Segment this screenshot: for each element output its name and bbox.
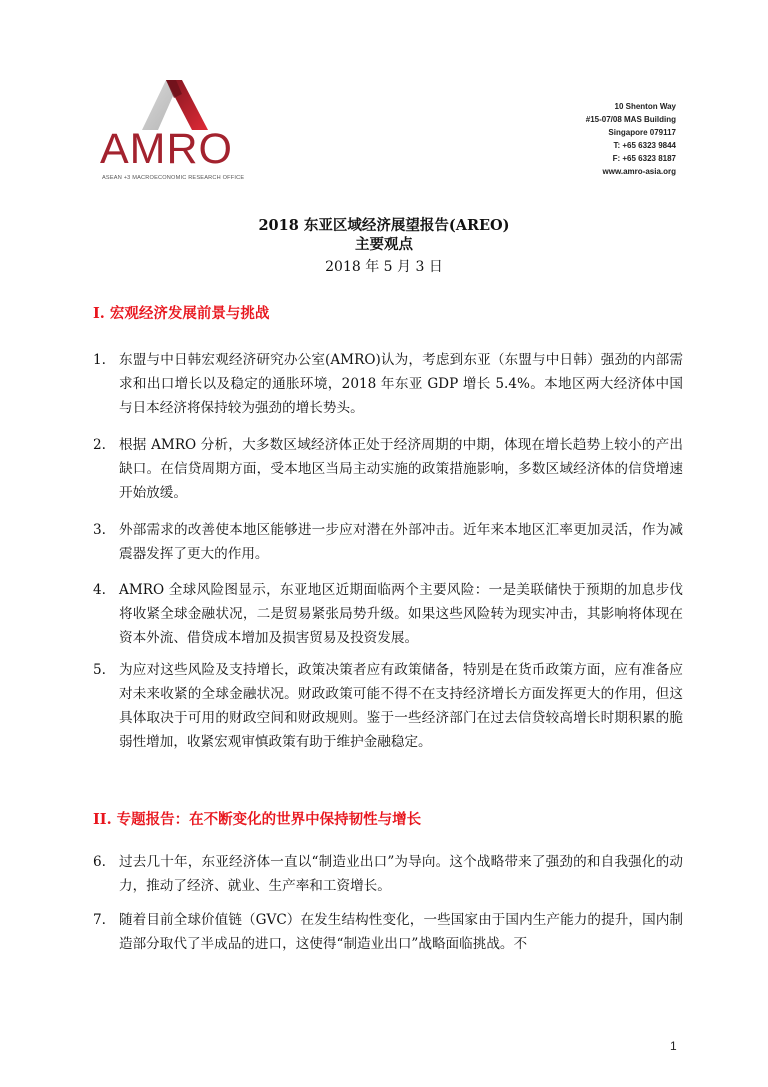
document-title: 2018 东亚区域经济展望报告(AREO): [0, 216, 768, 235]
item-text: 东盟与中日韩宏观经济研究办公室(AMRO)认为，考虑到东亚（东盟与中日韩）强劲的…: [119, 348, 683, 420]
list-item: 5. 为应对这些风险及支持增长，政策决策者应有政策储备，特别是在货币政策方面，应…: [93, 658, 683, 754]
item-number: 5.: [93, 658, 119, 682]
list-item: 6. 过去几十年，东亚经济体一直以“制造业出口”为导向。这个战略带来了强劲的和自…: [93, 850, 683, 898]
fax-number: F: +65 6323 8187: [586, 152, 676, 165]
item-number: 7.: [93, 908, 119, 932]
list-item: 3. 外部需求的改善使本地区能够进一步应对潜在外部冲击。近年来本地区汇率更加灵活…: [93, 518, 683, 566]
list-item: 4. AMRO 全球风险图显示，东亚地区近期面临两个主要风险：一是美联储快于预期…: [93, 578, 683, 650]
item-number: 1.: [93, 348, 119, 372]
item-text: 随着目前全球价值链（GVC）在发生结构性变化，一些国家由于国内生产能力的提升，国…: [119, 908, 683, 956]
document-date: 2018 年 5 月 3 日: [0, 256, 768, 278]
address-line-1: 10 Shenton Way: [586, 100, 676, 113]
amro-logo-mark-icon: [132, 78, 222, 132]
amro-wordmark: AMRO: [100, 128, 233, 171]
item-text: 为应对这些风险及支持增长，政策决策者应有政策储备，特别是在货币政策方面，应有准备…: [119, 658, 683, 754]
address-block: 10 Shenton Way #15-07/08 MAS Building Si…: [586, 100, 676, 178]
document-page: AMRO ASEAN +3 MACROECONOMIC RESEARCH OFF…: [0, 0, 768, 1087]
list-item: 1. 东盟与中日韩宏观经济研究办公室(AMRO)认为，考虑到东亚（东盟与中日韩）…: [93, 348, 683, 420]
address-line-3: Singapore 079117: [586, 126, 676, 139]
list-item: 2. 根据 AMRO 分析，大多数区域经济体正处于经济周期的中期，体现在增长趋势…: [93, 433, 683, 505]
amro-logo: AMRO ASEAN +3 MACROECONOMIC RESEARCH OFF…: [100, 78, 250, 178]
item-text: AMRO 全球风险图显示，东亚地区近期面临两个主要风险：一是美联储快于预期的加息…: [119, 578, 683, 650]
item-number: 4.: [93, 578, 119, 602]
page-number: 1: [670, 1039, 677, 1053]
item-number: 2.: [93, 433, 119, 457]
item-text: 过去几十年，东亚经济体一直以“制造业出口”为导向。这个战略带来了强劲的和自我强化…: [119, 850, 683, 898]
item-text: 外部需求的改善使本地区能够进一步应对潜在外部冲击。近年来本地区汇率更加灵活，作为…: [119, 518, 683, 566]
amro-tagline: ASEAN +3 MACROECONOMIC RESEARCH OFFICE: [102, 175, 244, 181]
title-block: 2018 东亚区域经济展望报告(AREO) 主要观点 2018 年 5 月 3 …: [0, 216, 768, 278]
phone-number: T: +65 6323 9844: [586, 139, 676, 152]
address-line-2: #15-07/08 MAS Building: [586, 113, 676, 126]
section-heading-1: I. 宏观经济发展前景与挑战: [93, 302, 269, 323]
item-number: 6.: [93, 850, 119, 874]
item-text: 根据 AMRO 分析，大多数区域经济体正处于经济周期的中期，体现在增长趋势上较小…: [119, 433, 683, 505]
website-link[interactable]: www.amro-asia.org: [586, 165, 676, 178]
section-heading-2: II. 专题报告：在不断变化的世界中保持韧性与增长: [93, 808, 421, 829]
item-number: 3.: [93, 518, 119, 542]
document-subtitle: 主要观点: [0, 235, 768, 254]
list-item: 7. 随着目前全球价值链（GVC）在发生结构性变化，一些国家由于国内生产能力的提…: [93, 908, 683, 956]
